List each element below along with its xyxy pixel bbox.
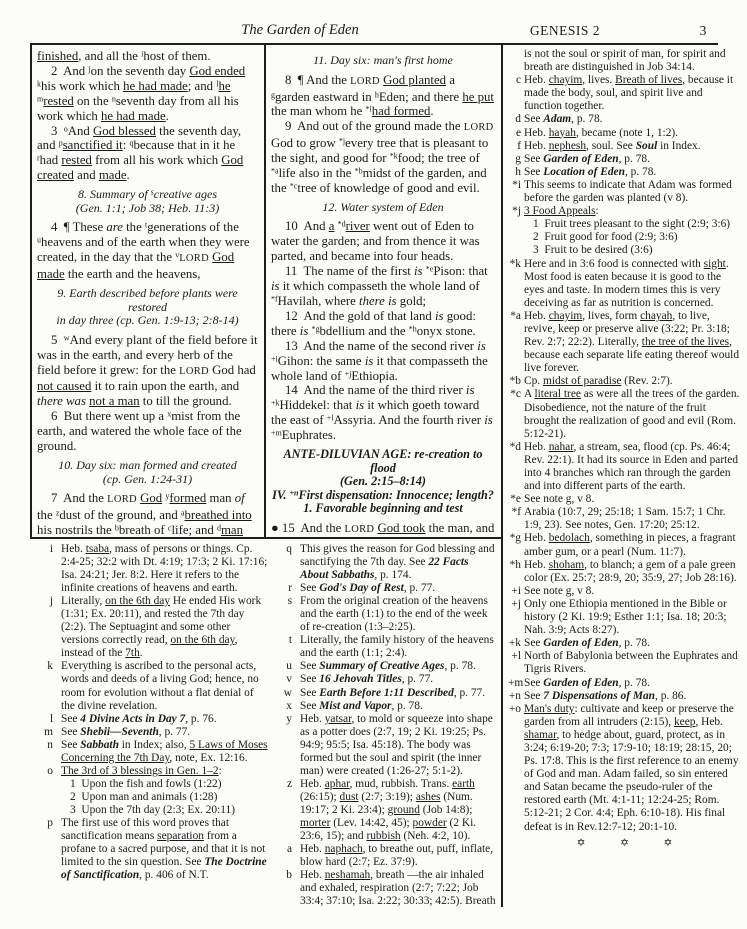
note-reference-superscript: +i xyxy=(271,354,278,363)
text-run: ashes xyxy=(416,791,441,803)
text-run: garden eastward in xyxy=(275,90,375,104)
text-run: rested xyxy=(43,94,74,108)
text-run: See note g, v 8. xyxy=(524,493,594,505)
text-run: This seems to indicate that Adam was for… xyxy=(524,179,732,204)
note-item: nSee Sabbath in Index; also, 5 Laws of M… xyxy=(37,739,268,765)
text-run: Heb. xyxy=(524,127,549,139)
note-item: *aHeb. chayim, lives, form chayah, to li… xyxy=(508,310,741,375)
text-run: 13 And the name of the second river xyxy=(285,339,477,353)
text-run: rested xyxy=(61,153,92,167)
text-run: nahar xyxy=(549,441,574,453)
verse-paragraph: 11 The name of the first is *ePison: tha… xyxy=(271,264,495,309)
bible-page: The Garden of Eden GENESIS 2 3 finished,… xyxy=(0,0,747,929)
text-run: tsaba xyxy=(86,543,109,555)
text-run: breathed into xyxy=(185,508,252,522)
text-run: 11 The name of the first xyxy=(285,264,414,278)
text-run: 11. Day six: man's first home xyxy=(313,53,453,67)
text-run: is xyxy=(477,339,486,353)
text-run: . xyxy=(430,104,433,118)
note-body: See Location of Eden, p. 78. xyxy=(524,166,656,178)
note-item: *j3 Food Appeals:1 Fruit trees pleasant … xyxy=(508,205,741,257)
text-run: aphar xyxy=(325,778,350,790)
text-run: yatsar xyxy=(325,713,352,725)
verse-column-left: finished, and all the ihost of them.2 An… xyxy=(37,49,258,536)
text-run: Gihon: the same xyxy=(278,354,365,368)
note-reference-superscript: *a xyxy=(271,167,279,176)
note-item: bHeb. neshamah, breath —the air inhaled … xyxy=(276,869,497,908)
note-label: *k xyxy=(508,258,521,271)
text-run: , p. 78. xyxy=(619,677,650,689)
note-body: Cp. midst of paradise (Rev. 2:7). xyxy=(524,375,673,387)
note-body: Heb. nephesh, soul. See Soul in Index. xyxy=(524,140,701,152)
note-body: North of Babylonia between the Euphrates… xyxy=(524,650,738,675)
text-run: nephesh xyxy=(549,140,586,152)
note-label: +j xyxy=(508,598,521,611)
text-run: it to rain upon the earth, and xyxy=(91,379,239,393)
note-item: zHeb. aphar, mud, rubbish. Trans. earth … xyxy=(276,778,497,843)
text-run: , p. 77. xyxy=(404,582,435,594)
note-label: s xyxy=(276,595,292,608)
text-run: 6 But there went up a xyxy=(51,409,167,423)
note-body: Arabia (10:7, 29; 25:18; 1 Sam. 15:7; 1 … xyxy=(524,506,726,531)
note-body: See 7 Dispensations of Man, p. 86. xyxy=(524,690,686,702)
column-divider-2 xyxy=(501,43,503,907)
note-body: See 16 Jehovah Titles, p. 77. xyxy=(300,673,433,685)
note-label: +l xyxy=(508,650,521,663)
note-label: b xyxy=(276,869,292,882)
text-run: See xyxy=(61,713,80,725)
text-run: 3 xyxy=(51,124,64,138)
note-reference-superscript: +n xyxy=(290,488,299,497)
note-item: vSee 16 Jehovah Titles, p. 77. xyxy=(276,673,497,686)
heading-line: 9. Earth described before plants were re… xyxy=(37,287,258,314)
text-run: shamar xyxy=(524,729,556,741)
note-body: See Sabbath in Index; also, 5 Laws of Mo… xyxy=(61,739,268,764)
section-heading: ANTE-DILUVIAN AGE: re-creation to flood(… xyxy=(271,448,495,516)
text-run: life also in the xyxy=(279,166,355,180)
note-body: 3 Food Appeals: xyxy=(524,205,599,217)
text-run: because that in it he xyxy=(134,138,236,152)
note-label: f xyxy=(508,140,521,153)
text-run: is xyxy=(484,413,493,427)
text-run: Heb. xyxy=(524,140,549,152)
text-run: , p. 406 of N.T. xyxy=(139,869,208,881)
text-run: he had made xyxy=(123,79,188,93)
text-run: See xyxy=(524,690,543,702)
note-body: Here and in 3:6 food is connected with s… xyxy=(524,258,729,309)
text-run: the man, and xyxy=(425,521,494,535)
note-sub-item: 3 Fruit to be desired (3:6) xyxy=(533,244,741,257)
text-run: , p. 78. xyxy=(444,660,475,672)
text-run: is xyxy=(466,383,475,397)
note-body: See note g, v 8. xyxy=(524,493,594,505)
text-run: life; and xyxy=(171,523,216,536)
text-run: (2:7; 3:19); xyxy=(359,791,416,803)
text-run: there was xyxy=(37,394,86,408)
note-reference-superscript: +l xyxy=(327,414,334,423)
text-run: food; the tree of xyxy=(398,151,480,165)
section-heading: 10. Day six: man formed and created(cp. … xyxy=(37,459,258,486)
text-run: the tree of the lives xyxy=(642,336,729,348)
note-label: *d xyxy=(508,441,521,454)
note-item: *dHeb. nahar, a stream, sea, flood (cp. … xyxy=(508,441,741,493)
text-run: the earth and the heavens, xyxy=(65,267,201,281)
note-body: The first use of this word proves that s… xyxy=(61,817,267,881)
text-run: Location of Eden xyxy=(543,166,625,178)
text-run: From the original creation of the heaven… xyxy=(300,595,488,633)
text-run: IV. xyxy=(272,488,289,502)
text-run: Assyria. And the fourth river xyxy=(334,413,485,427)
text-run: 8 ¶ And the xyxy=(285,73,350,87)
text-run: naphach xyxy=(325,843,363,855)
note-label: +o xyxy=(508,703,521,716)
note-sub-item: 1 Fruit trees pleasant to the sight (2:9… xyxy=(533,218,741,231)
text-run: his nostrils the xyxy=(37,523,115,536)
note-label: j xyxy=(37,595,53,608)
text-run: See xyxy=(61,739,80,751)
note-item: iHeb. tsaba, mass of persons or things. … xyxy=(37,543,268,595)
text-run: 2 Fruit good for food (2:9; 3:6) xyxy=(533,231,678,243)
text-run: God took xyxy=(377,521,425,535)
text-run: 7 And the xyxy=(51,491,107,505)
note-item: sFrom the original creation of the heave… xyxy=(276,595,497,634)
section-heading: 8. Summary of screative ages(Gen. 1:1; J… xyxy=(37,188,258,215)
text-run: , p. 78. xyxy=(391,700,422,712)
text-run: Man's duty xyxy=(524,703,574,715)
note-body: See note g, v 8. xyxy=(524,585,594,597)
note-body: From the original creation of the heaven… xyxy=(300,595,488,633)
text-run: , p. 78. xyxy=(571,113,602,125)
text-run: finished xyxy=(37,49,78,63)
heading-line: (cp. Gen. 1:24-31) xyxy=(37,473,258,487)
text-run: from all his work which xyxy=(92,153,221,167)
text-run: See xyxy=(300,673,319,685)
text-run: 3 Upon the 7th day (2:3; Ex. 20:11) xyxy=(70,804,235,816)
note-body: See Garden of Eden, p. 78. xyxy=(524,153,650,165)
notes-column-right: is not the soul or spirit of man, for sp… xyxy=(508,48,741,924)
note-body: This gives the reason for God blessing a… xyxy=(300,543,495,581)
text-run: Heb. xyxy=(300,778,325,790)
text-run: See xyxy=(61,726,80,738)
text-run: morter xyxy=(300,817,330,829)
note-item: oThe 3rd of 3 blessings in Gen. 1–2:1 Up… xyxy=(37,765,268,817)
text-run: 5 xyxy=(51,333,64,347)
note-label: q xyxy=(276,543,292,556)
note-item: *gHeb. bedolach, something in pieces, a … xyxy=(508,532,741,558)
note-label: p xyxy=(37,817,53,830)
text-run: LORD xyxy=(179,366,209,377)
text-run: the xyxy=(123,220,145,234)
verse-paragraph: 9 And out of the ground made the LORD Go… xyxy=(271,119,495,196)
text-run: earth xyxy=(452,778,475,790)
note-item: *cA literal tree as were all the trees o… xyxy=(508,388,741,440)
verse-paragraph: 14 And the name of the third river is +k… xyxy=(271,383,495,443)
note-item: dSee Adam, p. 78. xyxy=(508,113,741,126)
text-run: See xyxy=(524,113,543,125)
note-label: x xyxy=(276,700,292,713)
text-run: 8. Summary of xyxy=(78,187,151,201)
note-item: mSee Shebii—Seventh, p. 77. xyxy=(37,726,268,739)
text-run: , note, Ex. 12:16. xyxy=(169,752,247,764)
verse-paragraph: 10 And a *driver went out of Eden to wat… xyxy=(271,219,495,264)
text-run: God planted xyxy=(383,73,446,87)
text-run: And xyxy=(68,124,93,138)
text-run: 2 Upon man and animals (1:28) xyxy=(70,791,217,803)
text-run: Hiddekel: that xyxy=(280,398,356,412)
text-run: (Neh. 4:2, 10). xyxy=(401,830,471,842)
text-run: 7th xyxy=(125,647,140,659)
verse-paragraph: 5 wAnd every plant of the field before i… xyxy=(37,333,258,410)
note-label: *i xyxy=(508,179,521,192)
note-body: Heb. neshamah, breath —the air inhaled a… xyxy=(300,869,496,907)
note-body: Everything is ascribed to the personal a… xyxy=(61,660,259,711)
text-run: his work which xyxy=(41,79,123,93)
text-run: 1 Fruit trees pleasant to the sight (2:9… xyxy=(533,218,730,230)
text-run: and xyxy=(74,168,99,182)
note-item: +mSee Garden of Eden, p. 78. xyxy=(508,677,741,690)
text-run: Shebii—Seventh xyxy=(80,726,158,738)
text-run: God xyxy=(140,491,162,505)
footnotes-column-left: iHeb. tsaba, mass of persons or things. … xyxy=(37,543,268,925)
verse-paragraph: 12 And the gold of that land is good: th… xyxy=(271,309,495,339)
note-body: See Summary of Creative Ages, p. 78. xyxy=(300,660,476,672)
text-run: . xyxy=(140,647,143,659)
page-number: 3 xyxy=(686,23,720,39)
note-item: fHeb. nephesh, soul. See Soul in Index. xyxy=(508,140,741,153)
text-run: North of Babylonia between the Euphrates… xyxy=(524,650,738,675)
note-sub-item: 2 Fruit good for food (2:9; 3:6) xyxy=(533,231,741,244)
text-run: (26:15); xyxy=(300,791,340,803)
text-run: he had made xyxy=(101,109,166,123)
note-label: *a xyxy=(508,310,521,323)
note-label: h xyxy=(508,166,521,179)
text-run: neshamah xyxy=(325,869,371,881)
text-run: there is xyxy=(359,294,397,308)
text-run: Heb. xyxy=(524,559,549,571)
verse-paragraph: 13 And the name of the second river is +… xyxy=(271,339,495,384)
text-run: made xyxy=(99,168,127,182)
text-run: (Gen. 2:15–8:14) xyxy=(340,474,426,488)
heading-line: 8. Summary of screative ages xyxy=(37,188,258,202)
note-item: *eSee note g, v 8. xyxy=(508,493,741,506)
text-run: LORD xyxy=(464,122,494,133)
note-body: Heb. nahar, a stream, sea, flood (cp. Ps… xyxy=(524,441,738,492)
text-run: (Rev. 2:7). xyxy=(621,375,672,387)
text-run: creative ages xyxy=(154,187,217,201)
note-item: wSee Earth Before 1:11 Described, p. 77. xyxy=(276,687,497,700)
text-run: on the seventh day xyxy=(91,64,190,78)
text-run: Summary of Creative Ages xyxy=(319,660,444,672)
footnotes-column-right: qThis gives the reason for God blessing … xyxy=(276,543,497,925)
heading-line: ANTE-DILUVIAN AGE: re-creation to flood xyxy=(271,448,495,475)
text-run: dust of the ground, and xyxy=(59,508,181,522)
text-run: See xyxy=(300,700,319,712)
text-run: separation xyxy=(157,830,204,842)
footnote-divider-rule xyxy=(30,537,503,539)
note-item: +iSee note g, v 8. xyxy=(508,585,741,598)
text-run: Adam xyxy=(543,113,571,125)
note-label: n xyxy=(37,739,53,752)
heading-line: (Gen. 1:1; Job 38; Heb. 11:3) xyxy=(37,202,258,216)
section-heading: 11. Day six: man's first home xyxy=(271,54,495,68)
section-heading: 12. Water system of Eden xyxy=(271,201,495,215)
text-run: chayim xyxy=(549,74,583,86)
note-item: hSee Location of Eden, p. 78. xyxy=(508,166,741,179)
note-label: k xyxy=(37,660,53,673)
text-run: Heb. xyxy=(300,843,325,855)
text-run: 9 And out of the ground made the xyxy=(285,119,464,133)
text-run: he put xyxy=(462,90,494,104)
note-item: +kSee Garden of Eden, p. 78. xyxy=(508,637,741,650)
text-run: Havilah, where xyxy=(278,294,359,308)
note-item: *bCp. midst of paradise (Rev. 2:7). xyxy=(508,375,741,388)
heading-line: 12. Water system of Eden xyxy=(271,201,495,215)
text-run: See xyxy=(300,582,319,594)
text-run: Ethiopia. xyxy=(351,369,398,383)
text-run: ground xyxy=(388,804,420,816)
text-run: The 3rd of 3 blessings in Gen. 1–2 xyxy=(61,765,219,777)
text-run: had formed xyxy=(372,104,431,118)
text-run: are xyxy=(106,220,123,234)
heading-line: 1. Favorable beginning and test xyxy=(271,502,495,516)
text-run: , soul. See xyxy=(586,140,636,152)
verse-paragraph: 8 ¶ And the LORD God planted a ggarden e… xyxy=(271,73,495,120)
note-item: yHeb. yatsar, to mold or squeeze into sh… xyxy=(276,713,497,778)
note-label: *j xyxy=(508,205,521,218)
text-run: LORD xyxy=(345,524,375,535)
note-item: kEverything is ascribed to the personal … xyxy=(37,660,268,712)
text-run: See xyxy=(524,166,543,178)
text-run: 3 Fruit to be desired (3:6) xyxy=(533,244,653,256)
note-body: See Mist and Vapor, p. 78. xyxy=(300,700,423,712)
note-item: cHeb. chayim, lives. Breath of lives, be… xyxy=(508,74,741,113)
text-run: God ended xyxy=(189,64,245,78)
text-run: Heb. xyxy=(300,713,325,725)
text-run: tree of knowledge of good and evil. xyxy=(297,181,479,195)
text-run: A xyxy=(524,388,534,400)
text-run: See xyxy=(524,153,543,165)
header-rule xyxy=(30,43,718,45)
note-body: Literally, the family history of the hea… xyxy=(300,634,494,659)
text-run: See note g, v 8. xyxy=(524,585,594,597)
text-run: not caused xyxy=(37,379,91,393)
text-run: in Index. xyxy=(657,140,700,152)
note-body: The 3rd of 3 blessings in Gen. 1–2: xyxy=(61,765,222,777)
text-run: is not the soul or spirit of man, for sp… xyxy=(524,48,726,73)
note-label: *e xyxy=(508,493,521,506)
verse-paragraph: 3 oAnd God blessed the seventh day, and … xyxy=(37,124,258,184)
text-run: midst of paradise xyxy=(543,375,621,387)
note-item: +oMan's duty: cultivate and keep or pres… xyxy=(508,703,741,834)
text-run: 14 And the name of the third river xyxy=(285,383,466,397)
note-body: Heb. naphach, to breathe out, puff, infl… xyxy=(300,843,493,868)
verse-paragraph: 7 And the LORD God yformed man of the zd… xyxy=(37,491,258,536)
note-item: gSee Garden of Eden, p. 78. xyxy=(508,153,741,166)
text-run: powder xyxy=(413,817,447,829)
text-run: See xyxy=(524,637,543,649)
text-run: Literally, xyxy=(61,595,105,607)
text-run: , mud, rubbish. Trans. xyxy=(350,778,453,790)
note-body: Literally, on the 6th day He ended His w… xyxy=(61,595,261,659)
note-body: Man's duty: cultivate and keep or preser… xyxy=(524,703,739,833)
verse-paragraph: ● 15 And the LORD God took the man, and … xyxy=(271,521,495,536)
text-run: LORD xyxy=(179,253,209,264)
text-run: ; and xyxy=(188,79,216,93)
text-run: chayah xyxy=(640,310,672,322)
note-body: See Garden of Eden, p. 78. xyxy=(524,677,650,689)
note-label: r xyxy=(276,582,292,595)
note-item: +nSee 7 Dispensations of Man, p. 86. xyxy=(508,690,741,703)
text-run: gold; xyxy=(397,294,427,308)
text-run: on the 6th day xyxy=(105,595,170,607)
text-run: Only one Ethiopia mentioned in the Bible… xyxy=(524,598,727,636)
text-run: man xyxy=(206,491,234,505)
note-label: *c xyxy=(508,388,521,401)
verse-column-center: 11. Day six: man's first home8 ¶ And the… xyxy=(271,49,495,536)
text-run: : xyxy=(219,765,222,777)
text-run: the xyxy=(37,508,56,522)
text-run: is xyxy=(414,264,423,278)
text-run: formed xyxy=(169,491,206,505)
text-run: Heb. xyxy=(524,310,549,322)
text-run: 1. Favorable beginning and test xyxy=(303,501,462,515)
note-reference-superscript: *h xyxy=(409,324,417,333)
note-item: *fArabia (10:7, 29; 25:18; 1 Sam. 15:7; … xyxy=(508,506,741,532)
text-run: 10 And xyxy=(285,219,329,233)
note-reference-superscript: *g xyxy=(312,324,320,333)
note-label: o xyxy=(37,765,53,778)
heading-line: in day three (cp. Gen. 1:9-13; 2:8-14) xyxy=(37,314,258,328)
text-run: on the 6th day xyxy=(170,634,234,646)
text-run: Earth Before 1:11 Described xyxy=(319,687,453,699)
note-body: See Shebii—Seventh, p. 77. xyxy=(61,726,190,738)
text-run: is xyxy=(271,279,280,293)
note-label: l xyxy=(37,713,53,726)
running-head-book: GENESIS 2 xyxy=(495,23,635,39)
note-body: Heb. chayim, lives. Breath of lives, bec… xyxy=(524,74,733,112)
note-body: See 4 Divine Acts in Day 7, p. 76. xyxy=(61,713,217,725)
note-reference-superscript: *b xyxy=(355,167,363,176)
text-run: 4 Divine Acts in Day 7 xyxy=(80,713,185,725)
text-run: See xyxy=(524,677,543,689)
text-run: ANTE-DILUVIAN AGE: re-creation to flood xyxy=(284,447,483,475)
text-run: man xyxy=(221,523,243,536)
text-run: on the xyxy=(74,94,112,108)
text-run: , p. 77. xyxy=(454,687,485,699)
note-label: d xyxy=(508,113,521,126)
text-run: 1 Upon the fish and fowls (1:22) xyxy=(70,778,222,790)
note-label: e xyxy=(508,127,521,140)
text-run: rubbish xyxy=(366,830,400,842)
note-body: Heb. aphar, mud, rubbish. Trans. earth (… xyxy=(300,778,476,842)
text-run: Everything is ascribed to the personal a… xyxy=(61,660,259,711)
text-run: God to grow xyxy=(271,136,339,150)
text-run: Heb. xyxy=(61,543,86,555)
text-run: 4 ¶ These xyxy=(51,220,106,234)
running-head-title: The Garden of Eden xyxy=(150,22,450,39)
note-body: Only one Ethiopia mentioned in the Bible… xyxy=(524,598,727,636)
verse-paragraph: 2 And jon the seventh day God ended khis… xyxy=(37,64,258,124)
text-run: . xyxy=(127,168,130,182)
note-label: c xyxy=(508,74,521,87)
text-run: sanctified it xyxy=(63,138,123,152)
text-run: , p. 78. xyxy=(619,153,650,165)
note-label: +i xyxy=(508,585,521,598)
text-run: See xyxy=(300,687,319,699)
text-run: Breath of lives xyxy=(615,74,682,86)
text-run: in Index; also, xyxy=(119,739,190,751)
text-run: , lives. xyxy=(582,74,615,86)
